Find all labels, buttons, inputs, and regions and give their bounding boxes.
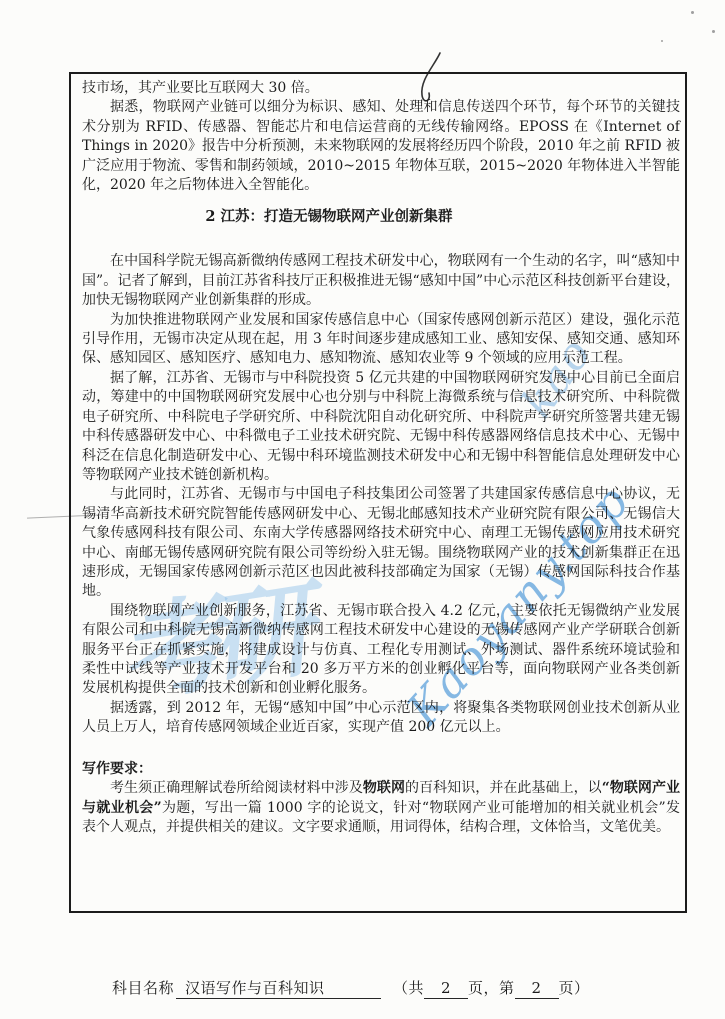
paragraph-cas-centers: 据了解，江苏省、无锡市与中科院投资 5 亿元共建的中国物联网研究发展中心目前已全… [82, 369, 680, 485]
writing-requirements-body: 考生须正确理解试卷所给阅读材料中涉及物联网的百科知识，并在此基础上，以“物联网产… [82, 779, 680, 837]
paragraph-outlook-2012: 据透露，到 2012 年，无锡“感知中国”中心示范区内，将聚集各类物联网创业技术… [82, 699, 680, 738]
scan-speck [691, 11, 694, 14]
writing-bold-iot: 物联网 [363, 780, 405, 796]
pages-mid: 页，第 [468, 979, 515, 997]
paragraph-innovation-service: 围绕物联网产业创新服务，江苏省、无锡市联合投入 4.2 亿元，主要依托无锡微纳产… [82, 602, 680, 699]
paragraph-institutes: 与此同时，江苏省、无锡市与中国电子科技集团公司签署了共建国家传感信息中心协议，无… [82, 485, 680, 601]
scanned-exam-page: 考研 kao Kaoyany.top 技市场，其产业要比互联网大 30 倍。 据… [0, 0, 725, 1019]
writing-requirements-heading: 写作要求： [82, 760, 680, 779]
paragraph-industry-chain: 据悉，物联网产业链可以细分为标识、感知、处理和信息传送四个环节，每个环节的关键技… [82, 98, 680, 195]
page-footer: 科目名称汉语写作与百科知识（共2页，第2页） [112, 977, 590, 999]
paragraph-demo-projects: 为加快推进物联网产业发展和国家传感信息中心（国家传感网创新示范区）建设，强化示范… [82, 311, 680, 369]
pages-close: 页） [559, 979, 590, 997]
current-page-value: 2 [515, 980, 559, 999]
writing-text: 为题，写出一篇 1000 字的论说文，针对“物联网产业可能增加的相关就业机会”发… [82, 800, 680, 835]
pages-open: （共 [393, 979, 424, 997]
subject-name: 汉语写作与百科知识 [176, 980, 381, 999]
paragraph-continuation: 技市场，其产业要比互联网大 30 倍。 [82, 79, 680, 98]
scan-speck [712, 30, 715, 33]
writing-text: 考生须正确理解试卷所给阅读材料中涉及 [110, 780, 363, 796]
section-heading: 2 江苏：打造无锡物联网产业创新集群 [30, 207, 628, 226]
subject-label: 科目名称 [112, 979, 174, 997]
document-border-frame: 技市场，其产业要比互联网大 30 倍。 据悉，物联网产业链可以细分为标识、感知、… [69, 72, 687, 913]
writing-requirements: 写作要求： 考生须正确理解试卷所给阅读材料中涉及物联网的百科知识，并在此基础上，… [82, 760, 680, 838]
writing-text: 的百科知识，并在此基础上，以 [405, 780, 602, 796]
total-pages-value: 2 [424, 980, 468, 999]
scan-speck [661, 40, 663, 42]
paragraph-ganzhi-china: 在中国科学院无锡高新微纳传感网工程技术研发中心，物联网有一个生动的名字，叫“感知… [82, 252, 680, 310]
